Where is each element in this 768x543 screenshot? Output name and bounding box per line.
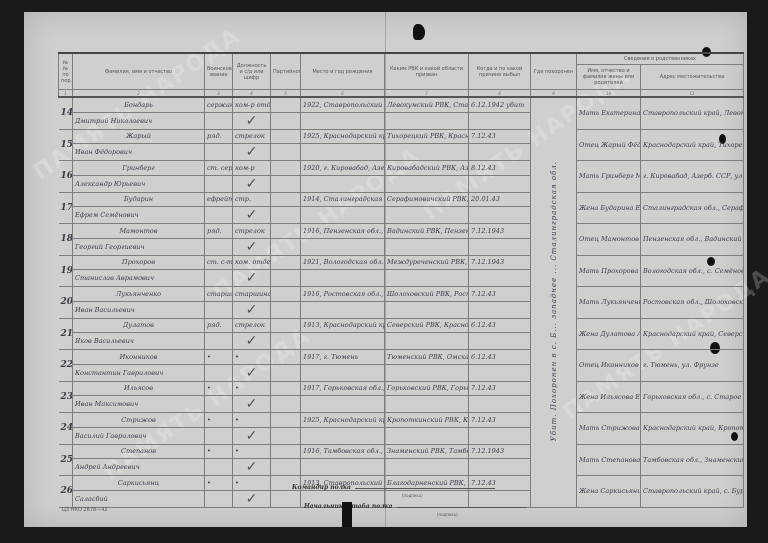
form-code: ЦЗ НКО 2678—42 (62, 507, 108, 513)
when-why: 7.12.1943 (469, 255, 531, 270)
commander-label: Командир полка (292, 484, 351, 491)
rank-cont (205, 175, 233, 192)
checkmark-icon: ✓ (246, 302, 258, 318)
surname: Степанов (73, 444, 205, 459)
party-cont (271, 459, 301, 476)
when-why: 6.12.43 (469, 318, 531, 333)
birth-place: 1914, Сталинградская обл., Серафимовичск… (301, 192, 385, 207)
draft-cont (385, 301, 469, 318)
surname: Ильясов (73, 381, 205, 396)
draft-office: Тюменский РВК, Омская обл. 1941 (385, 350, 469, 365)
colnum: 7 (385, 90, 469, 98)
birth-place: 1916, Пензенская обл., Вадинский р-н, с.… (301, 224, 385, 239)
draft-office: Тихорецкий РВК, Краснодарский край 1.XI.… (385, 129, 469, 144)
party-cont (271, 333, 301, 350)
check-cell: ✓ (233, 396, 271, 413)
signature-caption: (подпись) (402, 493, 423, 498)
relative-name: Мать Лукьянченко Фекла Тимофеевна (577, 287, 641, 319)
position: ком-р (233, 161, 271, 176)
rank: • (205, 350, 233, 365)
relative-address: Краснодарский край, Тихорецкий р-н, ст. … (641, 129, 744, 161)
checkmark-icon: ✓ (246, 491, 258, 507)
draft-office: Вадинский РВК, Пензенская обл. (385, 224, 469, 239)
when-why-cont (469, 301, 531, 318)
relative-name: Отец Мамонтов Георгий Иванович (577, 224, 641, 256)
name-patronymic: Станислав Аврамович (73, 270, 205, 287)
party (271, 97, 301, 112)
position: ком. отделения (233, 255, 271, 270)
birth-place: 1913, Краснодарский край, Северский р-н,… (301, 318, 385, 333)
relative-address: г. Кировабад, Азерб. ССР, ул. Октябр. (641, 161, 744, 193)
rank: ст. с-т (205, 255, 233, 270)
party-cont (271, 238, 301, 255)
when-why: 7.12.1943 (469, 224, 531, 239)
relative-name: Жена Саркисьянц Тамара (577, 476, 641, 508)
birth-cont (301, 175, 385, 192)
checkmark-icon: ✓ (246, 396, 258, 412)
check-cell: ✓ (233, 364, 271, 381)
draft-office: Кропоткинский РВК, Краснодарский кр. 16.… (385, 413, 469, 428)
when-why-cont (469, 270, 531, 287)
checkmark-icon: ✓ (246, 207, 258, 223)
when-why-cont (469, 333, 531, 350)
draft-office: Знаменский РВК, Тамбовская обл. (385, 444, 469, 459)
draft-cont (385, 427, 469, 444)
surname: Стрижов (73, 413, 205, 428)
name-patronymic: Иван Максимович (73, 396, 205, 413)
check-cell: ✓ (233, 301, 271, 318)
header-name: Фамилия, имя и отчество (73, 53, 205, 90)
position: старшина роты (233, 287, 271, 302)
table-row: 20Лукьянченкостаршинастаршина роты1916, … (59, 287, 744, 302)
surname: Прохоров (73, 255, 205, 270)
birth-place: 1925, Краснодарский край, Кропоткинский … (301, 413, 385, 428)
colnum: 11 (641, 90, 744, 98)
birth-cont (301, 459, 385, 476)
row-number: 15 (59, 129, 73, 161)
position: стрелок (233, 129, 271, 144)
party (271, 161, 301, 176)
colnum: 8 (469, 90, 531, 98)
when-why-cont (469, 396, 531, 413)
name-patronymic: Ефрем Семёнович (73, 207, 205, 224)
relative-name: Отец Жарый Фёдор Ильич (577, 129, 641, 161)
ink-blot (413, 24, 425, 40)
birth-place: 1920, г. Кировабад, Азерб. ССР (301, 161, 385, 176)
header-draft: Каким РВК и какой области призван (385, 53, 469, 90)
party-cont (271, 396, 301, 413)
row-number: 18 (59, 224, 73, 256)
party (271, 224, 301, 239)
table-body: 14Бондарьсержантком-р отд.1922, Ставропо… (59, 97, 744, 507)
check-cell: ✓ (233, 207, 271, 224)
header-burial: Где похоронен (531, 53, 577, 90)
position: стр. (233, 192, 271, 207)
rank-cont (205, 144, 233, 161)
birth-place: 1922, Ставропольский край, Левокумский р… (301, 97, 385, 112)
draft-cont (385, 396, 469, 413)
colnum: 6 (301, 90, 385, 98)
when-why-cont (469, 459, 531, 476)
tape-shadow (342, 502, 352, 527)
column-numbers-row: 1 2 3 4 5 6 7 8 9 10 11 (59, 90, 744, 98)
rank: ряд. (205, 224, 233, 239)
draft-office: Левокумский РВК, Ставропольский кр. 20.I… (385, 97, 469, 112)
when-why: 20.01.43 (469, 192, 531, 207)
checkmark-icon: ✓ (246, 333, 258, 349)
casualty-register-table: №№ по пор. Фамилия, имя и отчество Воинс… (58, 52, 744, 508)
surname: Жарый (73, 129, 205, 144)
colnum: 9 (531, 90, 577, 98)
rank: • (205, 413, 233, 428)
check-cell: ✓ (233, 490, 271, 507)
row-number: 17 (59, 192, 73, 224)
when-why-cont (469, 144, 531, 161)
relative-address: Сталинградская обл., Серафимовичский р-н… (641, 192, 744, 224)
header-when-why: Когда и по какой причине выбыл (469, 53, 531, 90)
birth-cont (301, 207, 385, 224)
rank-cont (205, 207, 233, 224)
rank-cont (205, 333, 233, 350)
when-why-cont (469, 112, 531, 129)
when-why: 7.12.43 (469, 413, 531, 428)
when-why: 7.12.43 (469, 381, 531, 396)
draft-cont (385, 207, 469, 224)
relative-name: Мать Прохорова Прасковья Никифоровна (577, 255, 641, 287)
header-relatives-address: Адрес местожительства (641, 65, 744, 90)
rank-cont (205, 490, 233, 507)
relative-name: Жена Дулатова Анастасия Семёновна (577, 318, 641, 350)
party-cont (271, 144, 301, 161)
birth-place: 1921, Вологодская обл., Междуреченский р… (301, 255, 385, 270)
row-number: 23 (59, 381, 73, 413)
table-row: 14Бондарьсержантком-р отд.1922, Ставропо… (59, 97, 744, 112)
check-cell: ✓ (233, 270, 271, 287)
name-patronymic: Иван Васильевич (73, 301, 205, 318)
surname: Бударин (73, 192, 205, 207)
rank: • (205, 381, 233, 396)
checkmark-icon: ✓ (246, 459, 258, 475)
party (271, 318, 301, 333)
birth-cont (301, 112, 385, 129)
party (271, 255, 301, 270)
rank: сержант (205, 97, 233, 112)
table-row: 25Степанов••1916, Тамбовская обл., Знаме… (59, 444, 744, 459)
position: стрелок (233, 224, 271, 239)
position: • (233, 381, 271, 396)
relative-address: Пензенская обл., Вадинский р-н, с. Ягодн… (641, 224, 744, 256)
checkmark-icon: ✓ (246, 239, 258, 255)
position: • (233, 476, 271, 491)
rank: ряд. (205, 129, 233, 144)
draft-office: Кировабадский РВК, Азерб. 15.5.1941 (385, 161, 469, 176)
rank-cont (205, 459, 233, 476)
draft-cont (385, 270, 469, 287)
burial-note: Убит. Похоронен в с. Б... западнее ... С… (550, 161, 558, 441)
header-relatives-name: Имя, отчество и фамилия жены или родител… (577, 65, 641, 90)
party (271, 129, 301, 144)
table-row: 17Бударинефрейторстр.1914, Сталинградска… (59, 192, 744, 207)
birth-cont (301, 144, 385, 161)
table-row: 16Гринбергст. серж.ком-р1920, г. Кироваб… (59, 161, 744, 176)
party-cont (271, 270, 301, 287)
checkmark-icon: ✓ (246, 113, 258, 129)
colnum: 1 (59, 90, 73, 98)
relative-name: Мать Стрижова Надежда Васильевна (577, 413, 641, 445)
birth-cont (301, 333, 385, 350)
name-patronymic: Яков Васильевич (73, 333, 205, 350)
rank: • (205, 444, 233, 459)
row-number: 19 (59, 255, 73, 287)
name-patronymic: Андрей Андреевич (73, 459, 205, 476)
birth-cont (301, 301, 385, 318)
relative-address: г. Тюмень, ул. Фрунзе (641, 350, 744, 382)
name-patronymic: Александр Юрьевич (73, 175, 205, 192)
header-row: №№ по пор. Фамилия, имя и отчество Воинс… (59, 53, 744, 65)
draft-cont (385, 112, 469, 129)
check-cell: ✓ (233, 175, 271, 192)
relative-name: Мать Степанова Александра Кирилловна (577, 444, 641, 476)
name-patronymic: Саласбий (73, 490, 205, 507)
commander-signature: Командир полка (292, 484, 495, 491)
chief-of-staff-signature: Начальник штаба полка (304, 503, 527, 510)
colnum: 10 (577, 90, 641, 98)
party (271, 192, 301, 207)
header-relatives-group: Сведения о родственниках (577, 53, 744, 65)
surname: Лукьянченко (73, 287, 205, 302)
rank-cont (205, 112, 233, 129)
party (271, 381, 301, 396)
when-why: 6.12.43 (469, 350, 531, 365)
surname: Саркисьянц (73, 476, 205, 491)
birth-place: 1917, г. Тюмень (301, 350, 385, 365)
check-cell: ✓ (233, 112, 271, 129)
birth-place: 1925, Краснодарский край, Тихорецкий р-н… (301, 129, 385, 144)
rank-cont (205, 364, 233, 381)
party-cont (271, 427, 301, 444)
table-row: 23Ильясов••1917, Горьковская обл., с. Ст… (59, 381, 744, 396)
surname: Иконников (73, 350, 205, 365)
colnum: 2 (73, 90, 205, 98)
when-why-cont (469, 238, 531, 255)
signature-caption: (подпись) (437, 512, 458, 517)
rank-cont (205, 301, 233, 318)
name-patronymic: Василий Гаврилович (73, 427, 205, 444)
relative-address: Ростовская обл., Шолоховский р-н, с. Лук… (641, 287, 744, 319)
surname: Мамонтов (73, 224, 205, 239)
relative-address: Вологодская обл., с. Семёновское (641, 255, 744, 287)
table-row: 21Дулатовряд.стрелок1913, Краснодарский … (59, 318, 744, 333)
row-number: 21 (59, 318, 73, 350)
draft-office: Горьковский РВК, Горьковская обл. 8.1941 (385, 381, 469, 396)
party-cont (271, 364, 301, 381)
draft-cont (385, 238, 469, 255)
relative-name: Жена Ильясова Елена ... (577, 381, 641, 413)
position: • (233, 350, 271, 365)
surname: Дулатов (73, 318, 205, 333)
relative-address: Краснодарский край, Северский р-н, ст. С… (641, 318, 744, 350)
when-why: 7.12.43 (469, 287, 531, 302)
when-why-cont (469, 207, 531, 224)
when-why: 8.12.43 (469, 161, 531, 176)
party (271, 287, 301, 302)
name-patronymic: Георгий Георгиевич (73, 238, 205, 255)
position: стрелок (233, 318, 271, 333)
rank-cont (205, 427, 233, 444)
check-cell: ✓ (233, 144, 271, 161)
position: • (233, 413, 271, 428)
when-why-cont (469, 427, 531, 444)
row-number: 20 (59, 287, 73, 319)
row-number: 26 (59, 476, 73, 508)
check-cell: ✓ (233, 427, 271, 444)
party-cont (271, 490, 301, 507)
checkmark-icon: ✓ (246, 270, 258, 286)
draft-cont (385, 175, 469, 192)
birth-cont (301, 427, 385, 444)
birth-place: 1917, Горьковская обл., с. Старое Николь… (301, 381, 385, 396)
checkmark-icon: ✓ (246, 144, 258, 160)
draft-office: Серафимовичский РВК, Сталинградская обл.… (385, 192, 469, 207)
position: • (233, 444, 271, 459)
table-row: 19Прохоровст. с-тком. отделения1921, Вол… (59, 255, 744, 270)
draft-cont (385, 364, 469, 381)
checkmark-icon: ✓ (246, 176, 258, 192)
check-cell: ✓ (233, 459, 271, 476)
when-why-cont (469, 364, 531, 381)
table-row: 18Мамонтовряд.стрелок1916, Пензенская об… (59, 224, 744, 239)
surname: Гринберг (73, 161, 205, 176)
check-cell: ✓ (233, 238, 271, 255)
draft-cont (385, 144, 469, 161)
rank: ефрейтор (205, 192, 233, 207)
colnum: 5 (271, 90, 301, 98)
rank-cont (205, 396, 233, 413)
surname: Бондарь (73, 97, 205, 112)
draft-cont (385, 459, 469, 476)
when-why: 7.12.1943 (469, 444, 531, 459)
checkmark-icon: ✓ (246, 428, 258, 444)
birth-cont (301, 270, 385, 287)
relative-address: Ставропольский край, с. Бурлацкое (641, 476, 744, 508)
checkmark-icon: ✓ (246, 365, 258, 381)
colnum: 4 (233, 90, 271, 98)
relative-name: Мать Екатерина Фёдоровна (577, 97, 641, 129)
party (271, 413, 301, 428)
rank: • (205, 476, 233, 491)
header-rank: Воинское звание (205, 53, 233, 90)
header-party: Партийность (271, 53, 301, 90)
relative-address: Краснодарский край, Кропоткинский р-н, с… (641, 413, 744, 445)
header-birth: Место и год рождения (301, 53, 385, 90)
check-cell: ✓ (233, 333, 271, 350)
relative-address: Тамбовская обл., Знаменский р-н, с. Иван… (641, 444, 744, 476)
row-number: 25 (59, 444, 73, 476)
party (271, 350, 301, 365)
birth-place: 1916, Ростовская обл., Шолоховский р-н, … (301, 287, 385, 302)
row-number: 24 (59, 413, 73, 445)
relative-name: Жена Бударина Евдокия Алексеевна (577, 192, 641, 224)
relative-address: Горьковская обл., с. Старое Никольское (641, 381, 744, 413)
name-patronymic: Дмитрий Николаевич (73, 112, 205, 129)
draft-cont (385, 333, 469, 350)
row-number: 14 (59, 97, 73, 129)
party-cont (271, 301, 301, 318)
name-patronymic: Константин Гаврилович (73, 364, 205, 381)
rank-cont (205, 238, 233, 255)
rank: ст. серж. (205, 161, 233, 176)
colnum: 3 (205, 90, 233, 98)
relative-name: Мать Гринберг Мария ... (577, 161, 641, 193)
when-why-cont (469, 175, 531, 192)
birth-place: 1916, Тамбовская обл., Знаменский р-н, с… (301, 444, 385, 459)
draft-office: Междуреченский РВК, Вологодская обл. 8.1… (385, 255, 469, 270)
table-row: 22Иконников••1917, г. ТюменьТюменский РВ… (59, 350, 744, 365)
row-number: 22 (59, 350, 73, 382)
header-position: Должность и с/д или шифр (233, 53, 271, 90)
party-cont (271, 207, 301, 224)
row-number: 16 (59, 161, 73, 193)
document-page: ПАМЯТЬ НАРОДА ПАМЯТЬ НАРОДА ПАМЯТЬ НАРОД… (24, 12, 747, 527)
draft-office: Северский РВК, Краснодарский край 4.4.19… (385, 318, 469, 333)
birth-cont (301, 238, 385, 255)
table-row: 15Жарыйряд.стрелок1925, Краснодарский кр… (59, 129, 744, 144)
party (271, 444, 301, 459)
relative-address: Ставропольский край, Левокумский р-н, с.… (641, 97, 744, 129)
name-patronymic: Иван Фёдорович (73, 144, 205, 161)
party-cont (271, 175, 301, 192)
table-row: 24Стрижов••1925, Краснодарский край, Кро… (59, 413, 744, 428)
position: ком-р отд. (233, 97, 271, 112)
rank: ряд. (205, 318, 233, 333)
draft-office: Шолоховский РВК, Ростовская обл. 19.1.41 (385, 287, 469, 302)
relative-name: Отец Иконников Гаврил Захарович (577, 350, 641, 382)
when-why: 6.12.1942 убит (469, 97, 531, 112)
rank: старшина (205, 287, 233, 302)
birth-cont (301, 396, 385, 413)
burial-place: Убит. Похоронен в с. Б... западнее ... С… (531, 97, 577, 507)
party-cont (271, 112, 301, 129)
header-no: №№ по пор. (59, 53, 73, 90)
birth-cont (301, 364, 385, 381)
when-why: 7.12.43 (469, 129, 531, 144)
rank-cont (205, 270, 233, 287)
